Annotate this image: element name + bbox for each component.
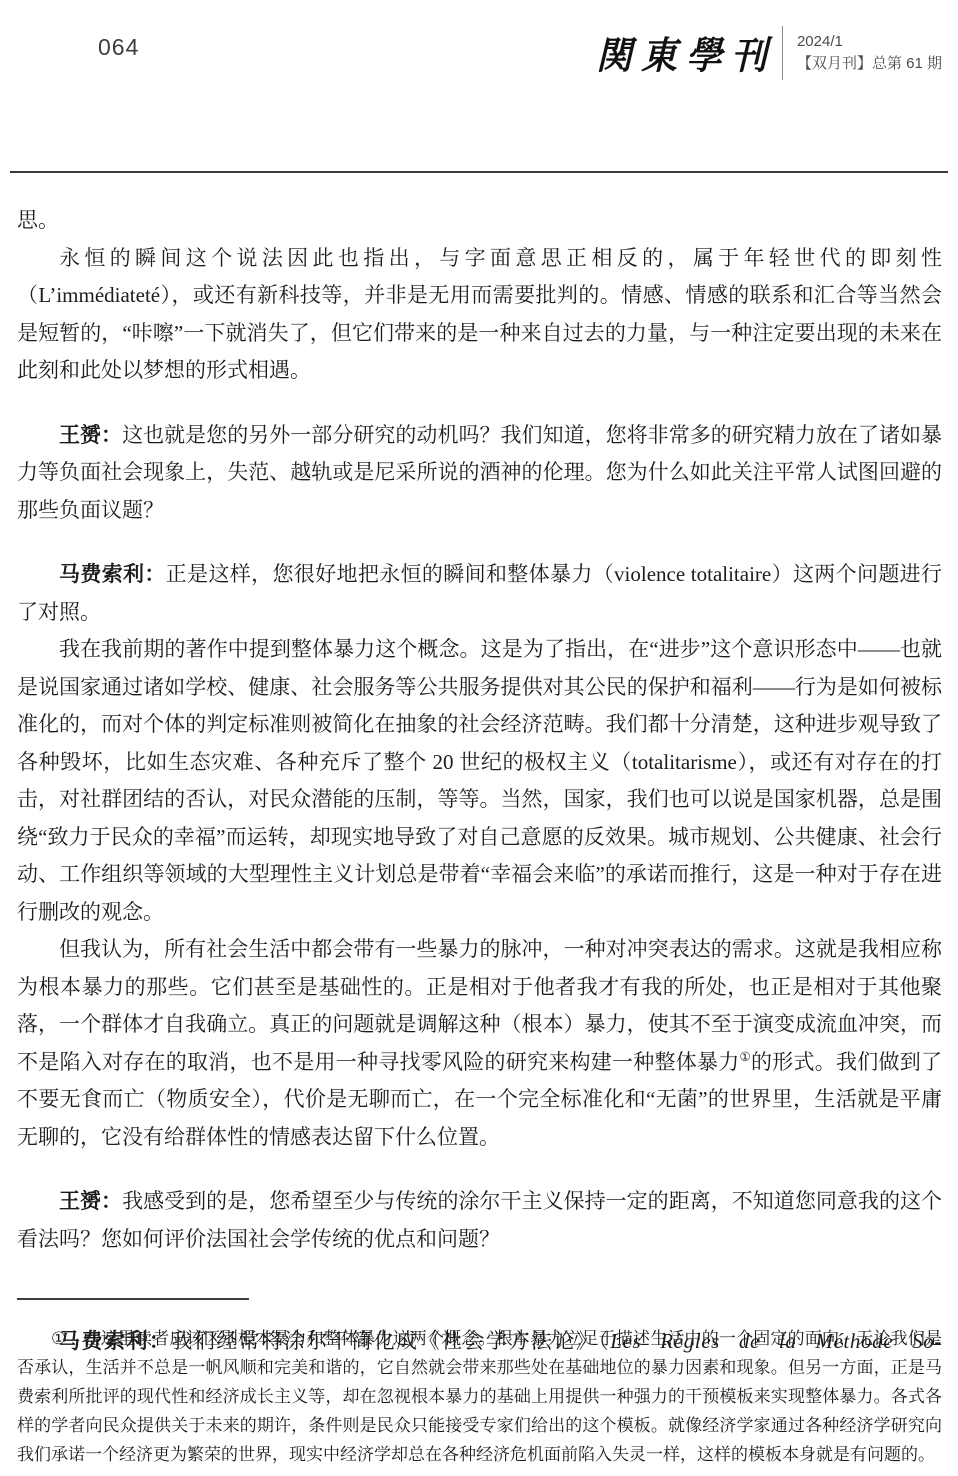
- header-rule: [10, 171, 948, 173]
- text-segment: ），或还有对存在的打击，对社群团结的否认，对民众潜能的压制，等等。当然，国家，我…: [17, 750, 942, 924]
- journal-page: 064 関東學刊 2024/1 【双月刊】总第 61 期 思。永恒的瞬间这个说法…: [0, 0, 958, 1476]
- text-segment: L’immédiateté: [38, 283, 160, 307]
- footnote-reference: ①: [739, 1050, 751, 1064]
- text-segment: 思。: [17, 208, 59, 232]
- journal-title-calligraphy: 関東學刊: [596, 26, 776, 80]
- body-paragraph: 但我认为，所有社会生活中都会带有一些暴力的脉冲，一种对冲突表达的需求。这就是我相…: [17, 931, 942, 1156]
- footnote-text: ①在这里读者应该区别根本暴力和整体暴力这两个概念。根本暴力立足于描述生活中的一个…: [17, 1324, 942, 1469]
- text-segment: 我感受到的是，您希望至少与传统的涂尔干主义保持一定的距离，不知道您同意我的这个看…: [17, 1189, 942, 1251]
- article-body: 思。永恒的瞬间这个说法因此也指出，与字面意思正相反的，属于年轻世代的即刻性（L’…: [17, 202, 942, 1361]
- footnote-rule: [17, 1298, 249, 1300]
- page-number: 064: [98, 34, 139, 61]
- issue-year: 2024/1: [797, 31, 942, 53]
- body-paragraph: 思。: [17, 202, 942, 240]
- journal-masthead: 関東學刊 2024/1 【双月刊】总第 61 期: [596, 26, 942, 80]
- speech-paragraph: 王赟：这也就是您的另外一部分研究的动机吗？我们知道，您将非常多的研究精力放在了诸…: [17, 417, 942, 530]
- speaker-name: 马费索利：: [59, 562, 166, 586]
- body-paragraph: 永恒的瞬间这个说法因此也指出，与字面意思正相反的，属于年轻世代的即刻性（L’im…: [17, 240, 942, 390]
- issue-number: 【双月刊】总第 61 期: [797, 53, 942, 75]
- masthead-divider: [782, 26, 783, 80]
- speaker-name: 王赟：: [59, 423, 122, 447]
- text-segment: 这也就是您的另外一部分研究的动机吗？我们知道，您将非常多的研究精力放在了诸如暴力…: [17, 423, 942, 522]
- text-segment: 世纪的极权主义（: [454, 750, 632, 774]
- footnote-body: 在这里读者应该区别根本暴力和整体暴力这两个概念。根本暴力立足于描述生活中的一个固…: [17, 1329, 942, 1464]
- issue-info: 2024/1 【双月刊】总第 61 期: [797, 31, 942, 75]
- text-segment: totalitarisme: [632, 750, 737, 774]
- text-segment: 正是这样，您很好地把永恒的瞬间和整体暴力（: [166, 562, 614, 586]
- footnote-section: ①在这里读者应该区别根本暴力和整体暴力这两个概念。根本暴力立足于描述生活中的一个…: [17, 1298, 942, 1469]
- body-paragraph: 我在我前期的著作中提到整体暴力这个概念。这是为了指出，在“进步”这个意识形态中—…: [17, 631, 942, 931]
- text-segment: violence totalitaire: [614, 562, 771, 586]
- speaker-name: 王赟：: [59, 1189, 122, 1213]
- speech-paragraph: 马费索利：正是这样，您很好地把永恒的瞬间和整体暴力（violence total…: [17, 556, 942, 631]
- footnote-marker: ①: [51, 1329, 66, 1348]
- speech-paragraph: 王赟：我感受到的是，您希望至少与传统的涂尔干主义保持一定的距离，不知道您同意我的…: [17, 1183, 942, 1258]
- text-segment: 20: [433, 750, 454, 774]
